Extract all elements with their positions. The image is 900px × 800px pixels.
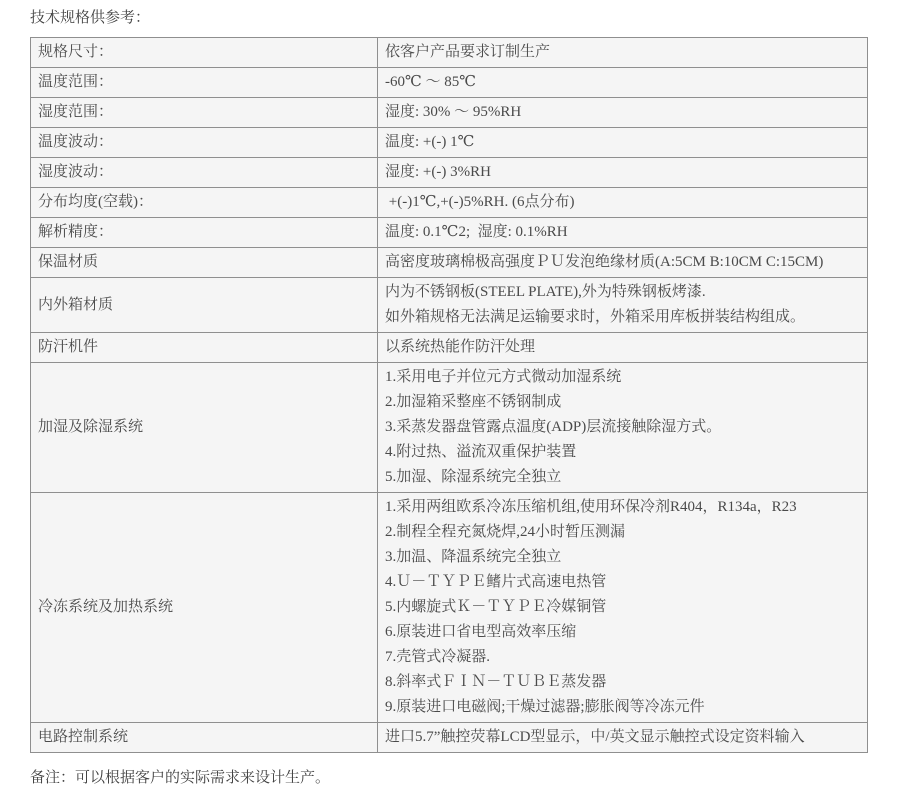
spec-value-cell: 高密度玻璃棉极高强度ＰＵ发泡绝缘材质(A:5CM B:10CM C:15CM) [378,248,868,278]
spec-label: 湿度波动： [38,160,370,185]
spec-label-cell: 规格尺寸： [31,38,378,68]
page-title: 技术规格供参考： [30,8,900,28]
spec-value-cell: 温度: 0.1℃2; 湿度: 0.1%RH [378,218,868,248]
spec-value-cell: 以系统热能作防汗处理 [378,333,868,363]
spec-label: 分布均度(空载)： [38,190,370,215]
spec-value-line: 以系统热能作防汗处理 [385,335,860,360]
page-container: 技术规格供参考： 规格尺寸：依客户产品要求订制生产温度范围：-60℃ ～ 85℃… [0,0,900,788]
spec-value-line: 3.加温、降温系统完全独立 [385,545,860,570]
spec-value-cell: 湿度: +(-) 3%RH [378,158,868,188]
spec-value-line: 5.内螺旋式Ｋ－ＴＹＰＥ冷媒铜管 [385,595,860,620]
table-row: 分布均度(空载)： +(-)1℃,+(-)5%RH. (6点分布) [31,188,868,218]
spec-value-line: +(-)1℃,+(-)5%RH. (6点分布) [385,190,860,215]
footnote: 备注：可以根据客户的实际需求来设计生产。 [30,768,900,788]
spec-value-cell: 温度: +(-) 1℃ [378,128,868,158]
spec-value-line: 3.采蒸发器盘管露点温度(ADP)层流接触除湿方式。 [385,415,860,440]
spec-value-line: 6.原装进口省电型高效率压缩 [385,620,860,645]
spec-table: 规格尺寸：依客户产品要求订制生产温度范围：-60℃ ～ 85℃湿度范围：湿度: … [30,37,868,753]
spec-value-line: 9.原装进口电磁阀;干燥过滤器;膨胀阀等冷冻元件 [385,695,860,720]
spec-value-line: 如外箱规格无法满足运输要求时，外箱采用库板拼装结构组成。 [385,305,860,330]
spec-value-line: 7.壳管式冷凝器. [385,645,860,670]
spec-label-cell: 保温材质 [31,248,378,278]
spec-value-cell: +(-)1℃,+(-)5%RH. (6点分布) [378,188,868,218]
spec-label-cell: 防汗机件 [31,333,378,363]
spec-label: 保温材质 [38,250,370,275]
spec-label: 防汗机件 [38,335,370,360]
spec-value-line: 8.斜率式ＦＩＮ－ＴＵＢＥ蒸发器 [385,670,860,695]
spec-table-body: 规格尺寸：依客户产品要求订制生产温度范围：-60℃ ～ 85℃湿度范围：湿度: … [31,38,868,753]
table-row: 湿度波动：湿度: +(-) 3%RH [31,158,868,188]
spec-label: 解析精度： [38,220,370,245]
spec-value-cell: -60℃ ～ 85℃ [378,68,868,98]
spec-value-cell: 1.采用两组欧系冷冻压缩机组,使用环保冷剂R404，R134a，R232.制程全… [378,493,868,723]
spec-value-line: 2.制程全程充氮烧焊,24小时暂压测漏 [385,520,860,545]
spec-value-line: -60℃ ～ 85℃ [385,70,860,95]
table-row: 规格尺寸：依客户产品要求订制生产 [31,38,868,68]
table-row: 解析精度：温度: 0.1℃2; 湿度: 0.1%RH [31,218,868,248]
spec-label: 湿度范围： [38,100,370,125]
spec-label-cell: 温度波动： [31,128,378,158]
spec-value-line: 5.加湿、除湿系统完全独立 [385,465,860,490]
spec-value-line: 1.采用电子并位元方式微动加湿系统 [385,365,860,390]
spec-label: 电路控制系统 [38,725,370,750]
spec-label: 冷冻系统及加热系统 [38,595,370,620]
spec-label: 温度波动： [38,130,370,155]
spec-label: 温度范围： [38,70,370,95]
spec-value-line: 2.加湿箱采整座不锈钢制成 [385,390,860,415]
spec-value-line: 4.附过热、溢流双重保护装置 [385,440,860,465]
spec-label-cell: 解析精度： [31,218,378,248]
table-row: 温度范围：-60℃ ～ 85℃ [31,68,868,98]
spec-value-cell: 湿度: 30% ～ 95%RH [378,98,868,128]
table-row: 冷冻系统及加热系统1.采用两组欧系冷冻压缩机组,使用环保冷剂R404，R134a… [31,493,868,723]
spec-value-line: 内为不锈钢板(STEEL PLATE),外为特殊钢板烤漆. [385,280,860,305]
table-row: 加湿及除湿系统1.采用电子并位元方式微动加湿系统2.加湿箱采整座不锈钢制成3.采… [31,363,868,493]
table-row: 内外箱材质内为不锈钢板(STEEL PLATE),外为特殊钢板烤漆.如外箱规格无… [31,278,868,333]
spec-label: 内外箱材质 [38,293,370,318]
spec-value-line: 依客户产品要求订制生产 [385,40,860,65]
spec-label-cell: 温度范围： [31,68,378,98]
spec-label-cell: 加湿及除湿系统 [31,363,378,493]
table-row: 温度波动：温度: +(-) 1℃ [31,128,868,158]
spec-value-line: 温度: +(-) 1℃ [385,130,860,155]
spec-value-line: 湿度: 30% ～ 95%RH [385,100,860,125]
spec-value-cell: 进口5.7”触控荧幕LCD型显示，中/英文显示触控式设定资料输入 [378,723,868,753]
table-row: 保温材质高密度玻璃棉极高强度ＰＵ发泡绝缘材质(A:5CM B:10CM C:15… [31,248,868,278]
spec-value-line: 温度: 0.1℃2; 湿度: 0.1%RH [385,220,860,245]
spec-value-line: 1.采用两组欧系冷冻压缩机组,使用环保冷剂R404，R134a，R23 [385,495,860,520]
spec-label-cell: 冷冻系统及加热系统 [31,493,378,723]
table-row: 湿度范围：湿度: 30% ～ 95%RH [31,98,868,128]
spec-label-cell: 分布均度(空载)： [31,188,378,218]
spec-value-line: 进口5.7”触控荧幕LCD型显示，中/英文显示触控式设定资料输入 [385,725,860,750]
spec-value-cell: 1.采用电子并位元方式微动加湿系统2.加湿箱采整座不锈钢制成3.采蒸发器盘管露点… [378,363,868,493]
spec-label-cell: 电路控制系统 [31,723,378,753]
spec-label-cell: 湿度范围： [31,98,378,128]
spec-label: 加湿及除湿系统 [38,415,370,440]
spec-value-line: 4.Ｕ－ＴＹＰＥ鳍片式高速电热管 [385,570,860,595]
spec-value-cell: 依客户产品要求订制生产 [378,38,868,68]
table-row: 电路控制系统进口5.7”触控荧幕LCD型显示，中/英文显示触控式设定资料输入 [31,723,868,753]
spec-value-cell: 内为不锈钢板(STEEL PLATE),外为特殊钢板烤漆.如外箱规格无法满足运输… [378,278,868,333]
spec-label-cell: 内外箱材质 [31,278,378,333]
spec-label-cell: 湿度波动： [31,158,378,188]
spec-label: 规格尺寸： [38,40,370,65]
table-row: 防汗机件以系统热能作防汗处理 [31,333,868,363]
spec-value-line: 湿度: +(-) 3%RH [385,160,860,185]
spec-value-line: 高密度玻璃棉极高强度ＰＵ发泡绝缘材质(A:5CM B:10CM C:15CM) [385,250,860,275]
